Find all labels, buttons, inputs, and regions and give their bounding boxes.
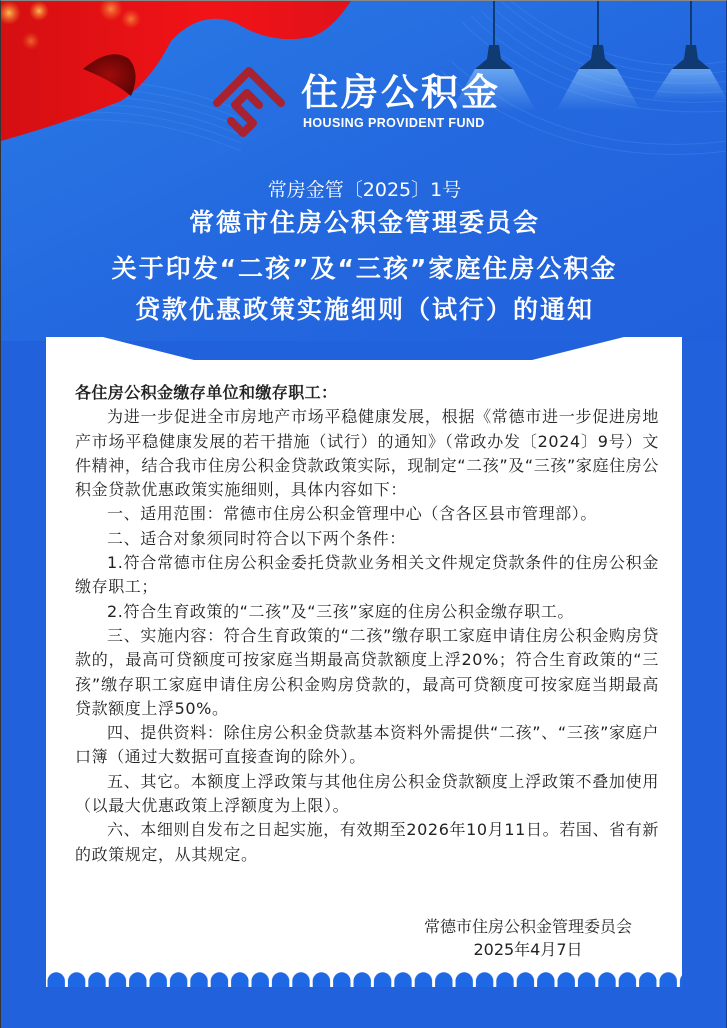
paragraph-materials: 四、提供资料：除住房公积金贷款基本资料外需提供“二孩”、“三孩”家庭户口簿（通过… (75, 721, 659, 770)
signature-date: 2025年4月7日 (401, 938, 655, 961)
document-title-line-2: 关于印发“二孩”及“三孩”家庭住房公积金 (1, 253, 727, 285)
document-title-line-1: 常德市住房公积金管理委员会 (1, 207, 727, 239)
brand-name-chinese: 住房公积金 (301, 71, 501, 115)
banner-artwork (1, 1, 727, 341)
document-number: 常房金管〔2025〕1号 (1, 178, 727, 202)
signature-block: 常德市住房公积金管理委员会 2025年4月7日 (401, 915, 655, 961)
poster: 住房公积金 HOUSING PROVIDENT FUND 常房金管〔2025〕1… (0, 0, 727, 1028)
paragraph-other: 五、其它。本额度上浮政策与其他住房公积金贷款额度上浮政策不叠加使用（以最大优惠政… (75, 770, 659, 819)
signature-issuer: 常德市住房公积金管理委员会 (401, 915, 655, 938)
paragraph-eligibility: 二、适合对象须同时符合以下两个条件： (75, 527, 659, 551)
paragraph-implementation: 三、实施内容：符合生育政策的“二孩”缴存职工家庭申请住房公积金购房贷款的，最高可… (75, 624, 659, 721)
salutation: 各住房公积金缴存单位和缴存职工： (75, 381, 659, 405)
paragraph-condition-2: 2.符合生育政策的“二孩”及“三孩”家庭的住房公积金缴存职工。 (75, 600, 659, 624)
paragraph-condition-1: 1.符合常德市住房公积金委托贷款业务相关文件规定贷款条件的住房公积金缴存职工； (75, 551, 659, 600)
housing-provident-fund-logo-icon (209, 63, 289, 143)
brand-name-english: HOUSING PROVIDENT FUND (303, 115, 485, 131)
paragraph-effective-date: 六、本细则自发布之日起实施，有效期至2026年10月11日。若国、省有新的政策规… (75, 818, 659, 867)
document-body: 各住房公积金缴存单位和缴存职工： 为进一步促进全市房地产市场平稳健康发展，根据《… (75, 381, 659, 867)
paragraph-intro: 为进一步促进全市房地产市场平稳健康发展，根据《常德市进一步促进房地产市场平稳健康… (75, 405, 659, 502)
document-title-line-3: 贷款优惠政策实施细则（试行）的通知 (1, 294, 727, 326)
paragraph-scope: 一、适用范围：常德市住房公积金管理中心（含各区县市管理部）。 (75, 502, 659, 526)
